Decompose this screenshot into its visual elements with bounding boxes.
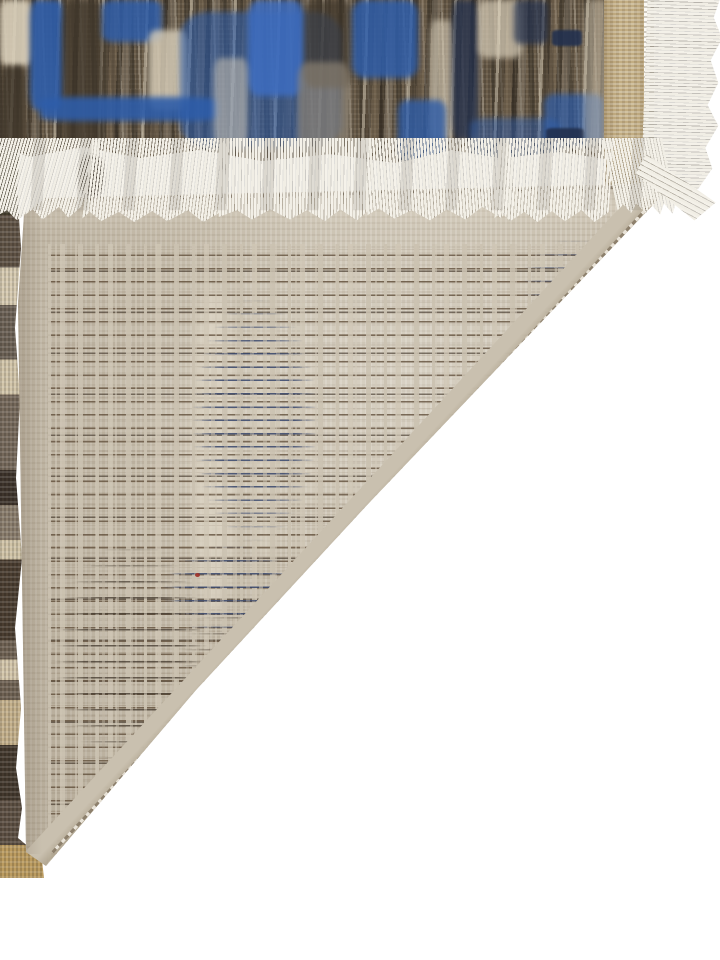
rug-bottom-fringe [0, 138, 662, 222]
navy-column [452, 0, 478, 140]
fringe-strand-clump [494, 138, 614, 222]
navy-dash-upper [552, 30, 582, 46]
back-navy-dash-zone [185, 276, 325, 564]
fringe-strand-clump [219, 138, 372, 222]
blue-column-left [30, 0, 64, 110]
fringe-strand-clump [362, 138, 516, 222]
fringe-strand-clump [82, 138, 230, 222]
navy-block-top [514, 0, 548, 44]
blue-band-top [352, 0, 418, 78]
cream-mid-column [214, 58, 248, 148]
cream-block-top-left [0, 0, 32, 66]
blue-column-center [248, 0, 304, 96]
back-red-fleck [195, 573, 200, 577]
back-left-edge-shading [16, 204, 42, 854]
rug-back-folded-corner [0, 184, 690, 878]
rug-product-photo [0, 0, 720, 960]
